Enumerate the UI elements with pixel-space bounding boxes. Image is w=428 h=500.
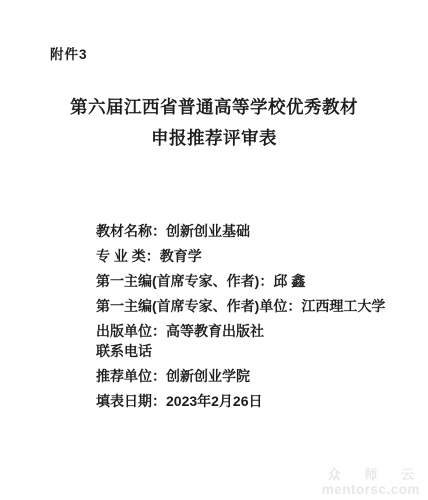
field-value: 2023年2月26日 <box>166 393 263 409</box>
form-fields: 教材名称：创新创业基础 专 业 类：教育学 第一主编(首席专家、作者)：邱 鑫 … <box>96 219 418 414</box>
attachment-label: 附件3 <box>50 43 88 63</box>
field-label: 第一主编(首席专家、作者)： <box>96 273 273 289</box>
watermark-brand: 众 师 云 <box>318 467 424 482</box>
field-value: 创新创业基础 <box>166 223 250 239</box>
field-label: 填表日期： <box>96 393 166 409</box>
watermark-url: mentorsc.com <box>318 482 424 497</box>
field-value: 高等教育出版社 <box>166 323 264 339</box>
field-value: 江西理工大学 <box>301 298 385 314</box>
field-label: 推荐单位： <box>96 368 166 384</box>
watermark: 众 师 云 mentorsc.com <box>318 467 424 497</box>
field-row-first-editor-unit: 第一主编(首席专家、作者)单位：江西理工大学 <box>96 294 418 319</box>
field-label: 专 业 类： <box>96 248 160 264</box>
document-title: 第六届江西省普通高等学校优秀教材 申报推荐评审表 <box>0 92 428 154</box>
field-value: 邱 鑫 <box>273 273 305 289</box>
title-line-2: 申报推荐评审表 <box>0 123 428 154</box>
field-row-major-category: 专 业 类：教育学 <box>96 244 418 269</box>
field-row-fill-date: 填表日期：2023年2月26日 <box>96 389 418 414</box>
field-value: 教育学 <box>160 248 202 264</box>
field-label: 联系电话 <box>96 343 152 359</box>
document-page: 附件3 第六届江西省普通高等学校优秀教材 申报推荐评审表 教材名称：创新创业基础… <box>0 0 428 500</box>
field-label: 第一主编(首席专家、作者)单位： <box>96 298 301 314</box>
field-value: 创新创业学院 <box>166 368 250 384</box>
field-label: 出版单位： <box>96 323 166 339</box>
field-row-recommending-unit: 推荐单位：创新创业学院 <box>96 364 418 389</box>
field-row-first-editor: 第一主编(首席专家、作者)：邱 鑫 <box>96 269 418 294</box>
title-line-1: 第六届江西省普通高等学校优秀教材 <box>0 92 428 123</box>
field-row-textbook-name: 教材名称：创新创业基础 <box>96 219 418 244</box>
field-label: 教材名称： <box>96 223 166 239</box>
